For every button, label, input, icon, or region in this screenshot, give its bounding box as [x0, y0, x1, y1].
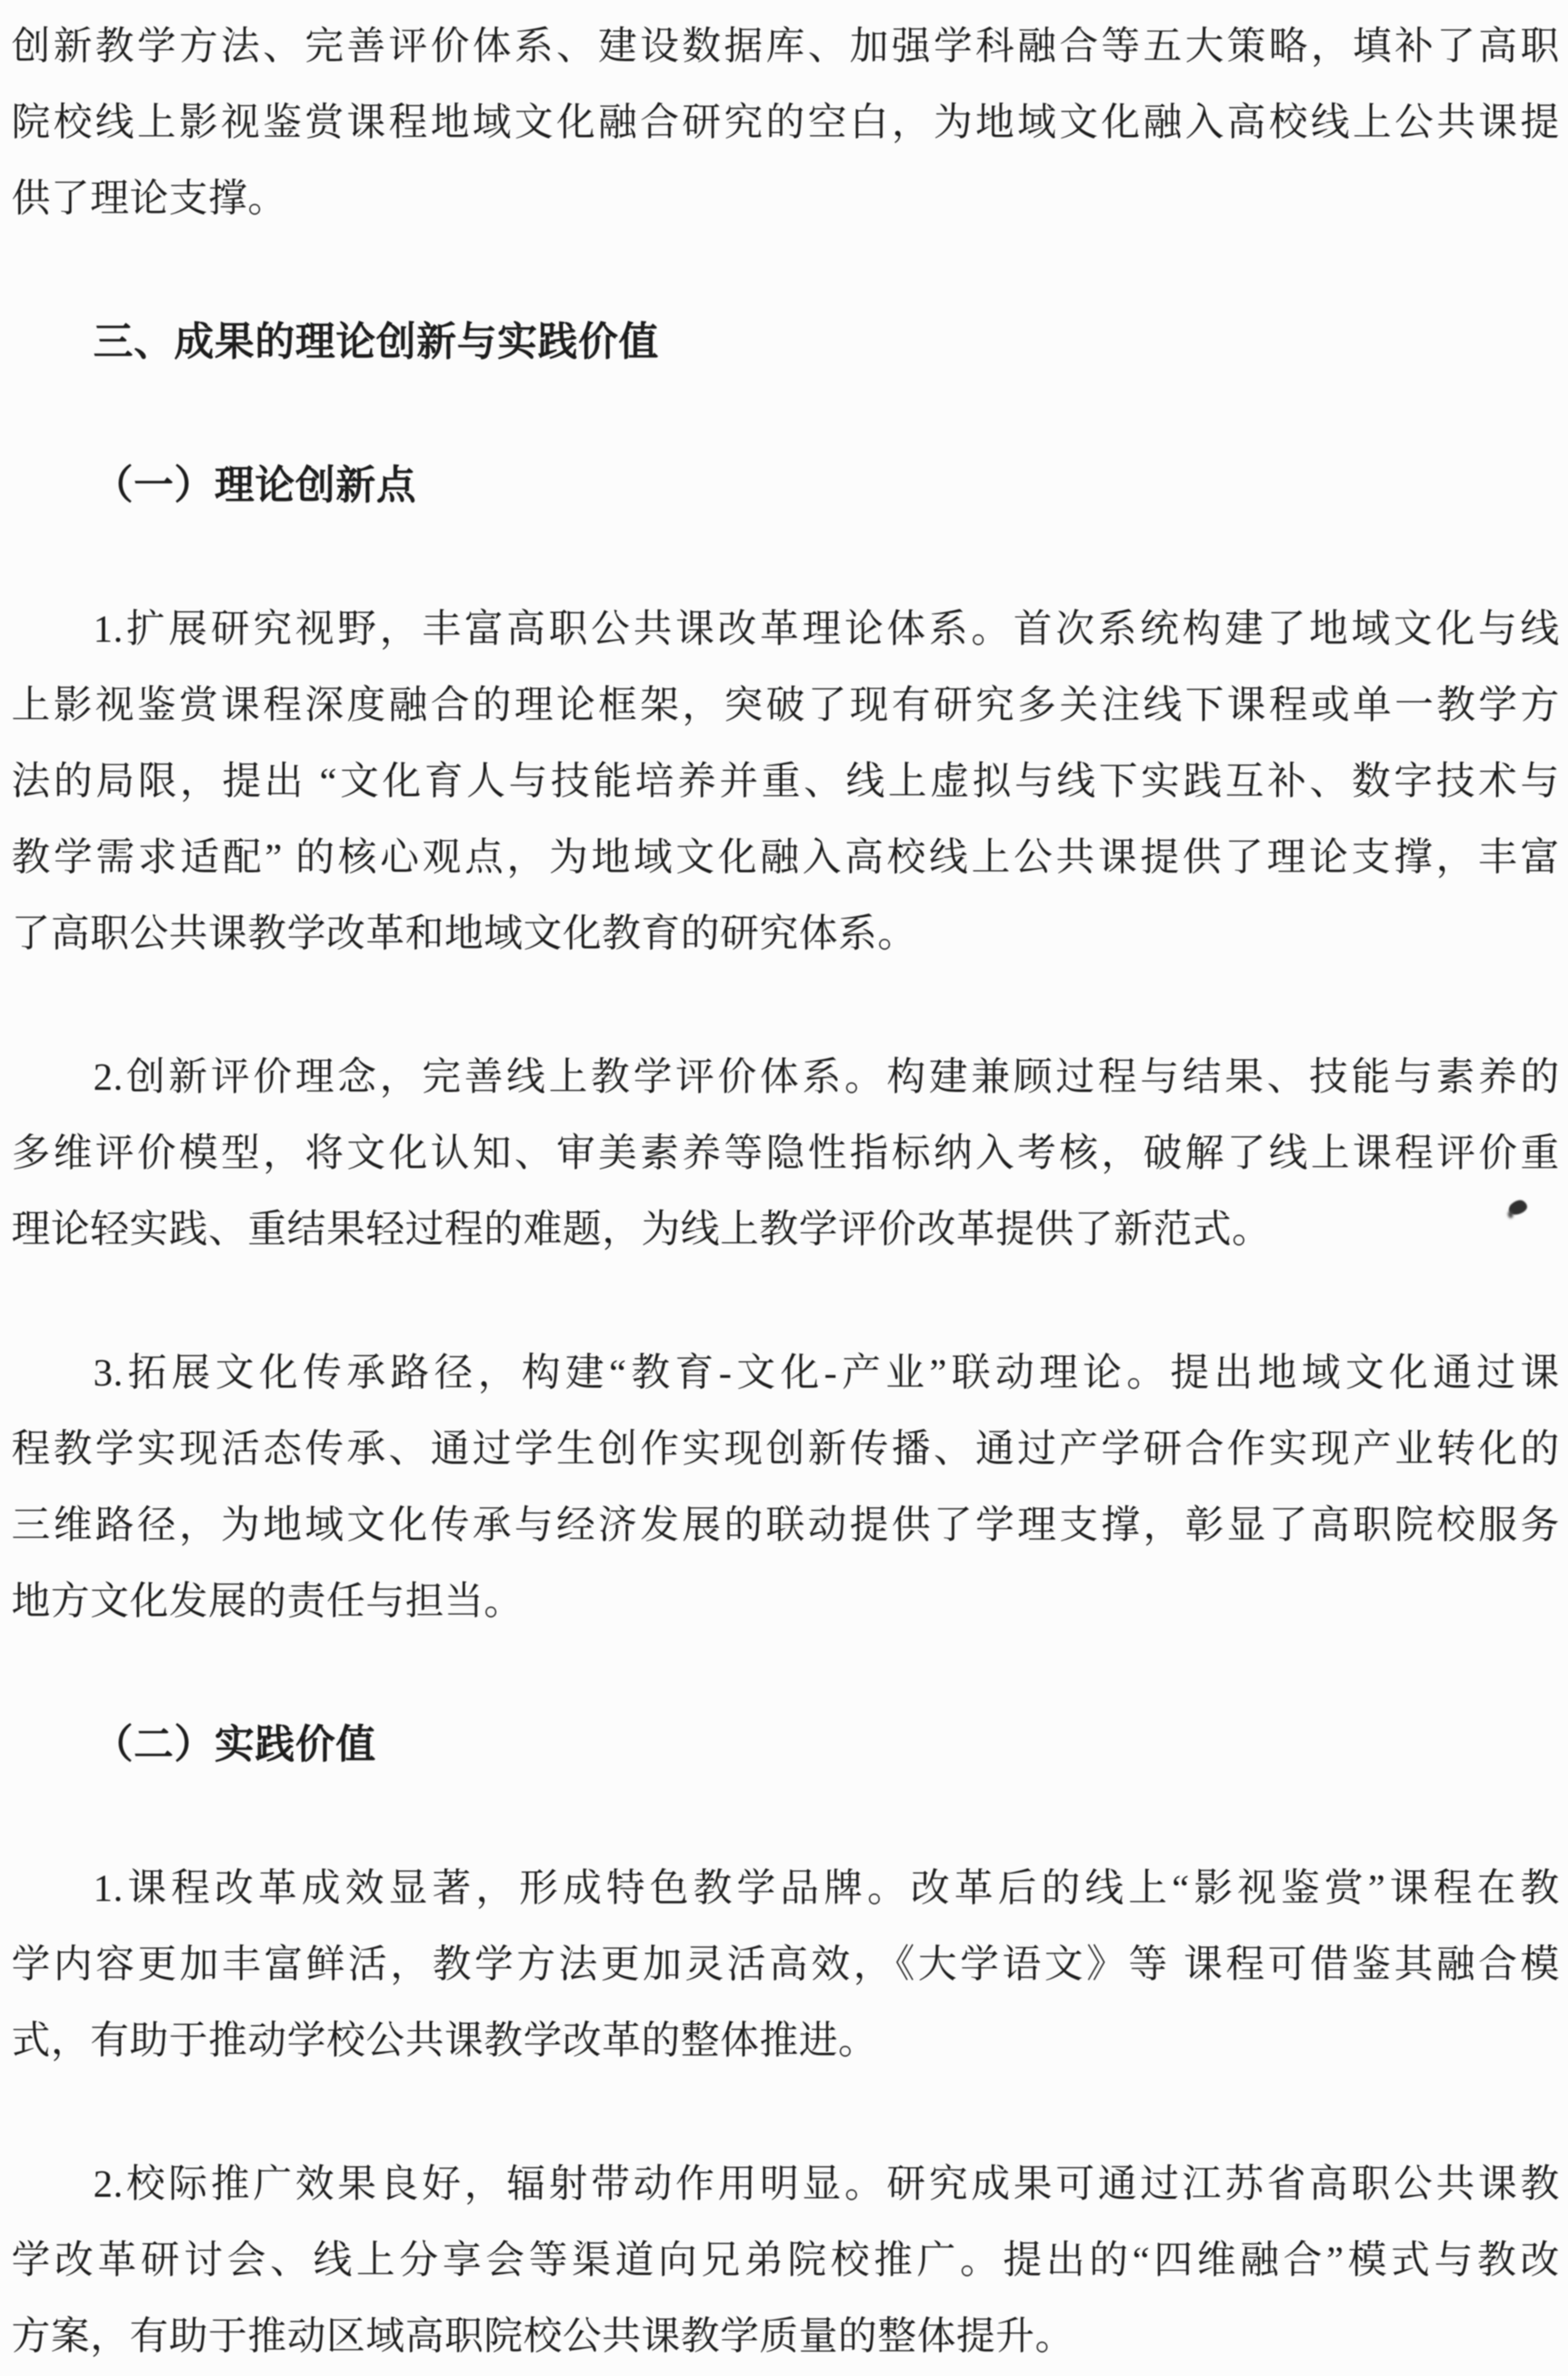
text-line: 了高职公共课教学改革和地域文化教育的研究体系。	[11, 896, 1560, 972]
scanned-document-page: { "colors": { "background": "#fcfcfc", "…	[0, 0, 1568, 2376]
paragraph-theory-point-3: 3.拓展文化传承路径，构建“教育-文化-产业”联动理论。提出地域文化通过课 程教…	[11, 1335, 1560, 1639]
text-line: 学改革研讨会、线上分享会等渠道向兄弟院校推广。提出的“四维融合”模式与教改	[11, 2222, 1560, 2298]
section-heading: 三、成果的理论创新与实践价值	[11, 304, 1560, 380]
text-line: 创新教学方法、完善评价体系、建设数据库、加强学科融合等五大策略，填补了高职	[11, 8, 1560, 84]
text-line: 地方文化发展的责任与担当。	[11, 1563, 1560, 1639]
text-line: 三维路径，为地域文化传承与经济发展的联动提供了学理支撑，彰显了高职院校服务	[11, 1487, 1560, 1563]
text-line: 院校线上影视鉴赏课程地域文化融合研究的空白，为地域文化融入高校线上公共课提	[11, 84, 1560, 161]
text-line: 3.拓展文化传承路径，构建“教育-文化-产业”联动理论。提出地域文化通过课	[11, 1335, 1560, 1411]
text-line: 2.创新评价理念，完善线上教学评价体系。构建兼顾过程与结果、技能与素养的	[11, 1039, 1560, 1115]
text-line: 式，有助于推动学校公共课教学改革的整体推进。	[11, 2003, 1560, 2079]
text-line: 1.扩展研究视野，丰富高职公共课改革理论体系。首次系统构建了地域文化与线	[11, 591, 1560, 667]
paragraph-theory-point-2: 2.创新评价理念，完善线上教学评价体系。构建兼顾过程与结果、技能与素养的 多维评…	[11, 1039, 1560, 1268]
text-line: 学内容更加丰富鲜活，教学方法更加灵活高效，《大学语文》等 课程可借鉴其融合模	[11, 1926, 1560, 2003]
text-line: 法的局限，提出 “文化育人与技能培养并重、线上虚拟与线下实践互补、数字技术与	[11, 743, 1560, 819]
subsection-heading-practical-value: （二）实践价值	[11, 1707, 1560, 1783]
section-heading-text: 三、成果的理论创新与实践价值	[11, 304, 1560, 380]
text-line: 方案，有助于推动区域高职院校公共课教学质量的整体提升。	[11, 2298, 1560, 2374]
text-line: 1.课程改革成效显著，形成特色教学品牌。改革后的线上“影视鉴赏”课程在教	[11, 1850, 1560, 1926]
subsection-heading-theory-innovations: （一）理论创新点	[11, 448, 1560, 524]
paragraph-practice-point-2: 2.校际推广效果良好，辐射带动作用明显。研究成果可通过江苏省高职公共课教 学改革…	[11, 2146, 1560, 2374]
text-line: 理论轻实践、重结果轻过程的难题，为线上教学评价改革提供了新范式。	[11, 1191, 1560, 1268]
text-line: 教学需求适配” 的核心观点，为地域文化融入高校线上公共课提供了理论支撑，丰富	[11, 819, 1560, 896]
text-line: 供了理论支撑。	[11, 161, 1560, 237]
text-line: 多维评价模型，将文化认知、审美素养等隐性指标纳入考核，破解了线上课程评价重	[11, 1115, 1560, 1191]
subsection-heading-text: （一）理论创新点	[11, 448, 1560, 524]
paragraph-continued-from-previous-page: 创新教学方法、完善评价体系、建设数据库、加强学科融合等五大策略，填补了高职 院校…	[11, 8, 1560, 237]
text-line: 上影视鉴赏课程深度融合的理论框架，突破了现有研究多关注线下课程或单一教学方	[11, 667, 1560, 743]
paragraph-theory-point-1: 1.扩展研究视野，丰富高职公共课改革理论体系。首次系统构建了地域文化与线 上影视…	[11, 591, 1560, 972]
document-page: 创新教学方法、完善评价体系、建设数据库、加强学科融合等五大策略，填补了高职 院校…	[0, 0, 1568, 2376]
subsection-heading-text: （二）实践价值	[11, 1707, 1560, 1783]
text-line: 程教学实现活态传承、通过学生创作实现创新传播、通过产学研合作实现产业转化的	[11, 1411, 1560, 1487]
paragraph-practice-point-1: 1.课程改革成效显著，形成特色教学品牌。改革后的线上“影视鉴赏”课程在教 学内容…	[11, 1850, 1560, 2079]
text-line: 2.校际推广效果良好，辐射带动作用明显。研究成果可通过江苏省高职公共课教	[11, 2146, 1560, 2222]
